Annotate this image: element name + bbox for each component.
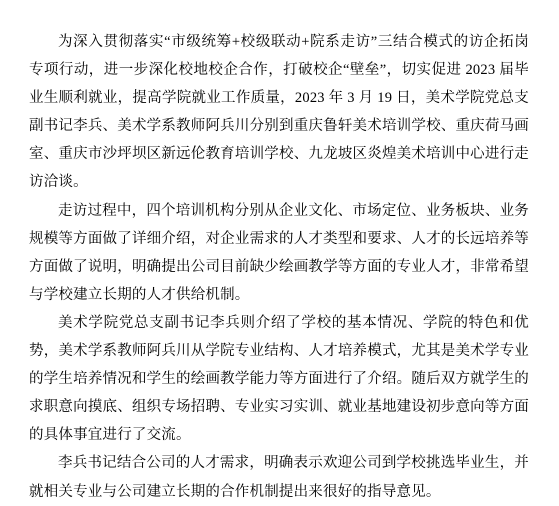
paragraph-closing-remarks: 李兵书记结合公司的人才需求，明确表示欢迎公司到学校挑选毕业生，并就相关专业与公司… [29,449,529,505]
document-page: 为深入贯彻落实“市级统筹+校级联动+院系走访”三结合模式的访企拓岗专项行动，进一… [0,0,559,506]
paragraph-school-introduction: 美术学院党总支副书记李兵则介绍了学校的基本情况、学院的特色和优势，美术学系教师阿… [29,309,529,449]
paragraph-company-introductions: 走访过程中，四个培训机构分别从企业文化、市场定位、业务板块、业务规模等方面做了详… [29,197,529,309]
paragraph-visit-intro: 为深入贯彻落实“市级统筹+校级联动+院系走访”三结合模式的访企拓岗专项行动，进一… [29,28,529,197]
